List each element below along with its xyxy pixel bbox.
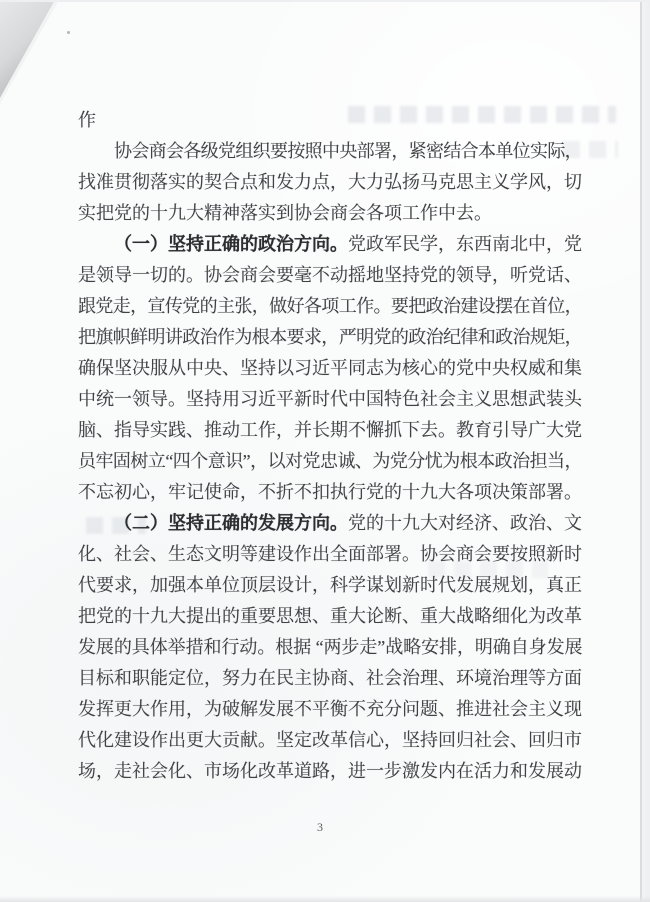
scanned-document-page: 作 协会商会各级党组织要按照中央部署，紧密结合本单位实际， 找准贯彻落实的契合点… — [0, 0, 650, 902]
text-line: 党政军民学，东西南北中，党 — [348, 234, 582, 254]
section-1-heading: （一）坚持正确的政治方向。 — [114, 234, 348, 254]
text-line: 目标和职能定位，努力在民主协商、社会治理、环境治理等方面 — [78, 663, 582, 694]
text-line: 确保坚决服从中央、坚持以习近平同志为核心的党中央权威和集 — [78, 353, 582, 384]
text-line: 把旗帜鲜明讲政治作为根本要求，严明党的政治纪律和政治规矩， — [78, 322, 582, 353]
text-line: 发挥更大作用，为破解发展不平衡不充分问题、推进社会主义现 — [78, 694, 582, 725]
section-2-heading-line: （二）坚持正确的发展方向。党的十九大对经济、政治、文 — [78, 508, 582, 539]
text-line: 作 — [78, 110, 96, 130]
text-line: 实把党的十九大精神落实到协会商会各项工作中去。 — [78, 198, 582, 229]
text-line: 代化建设作出更大贡献。坚定改革信心，坚持回归社会、回归市 — [78, 725, 582, 756]
document-body: 作 协会商会各级党组织要按照中央部署，紧密结合本单位实际， 找准贯彻落实的契合点… — [78, 105, 582, 787]
text-line: 中统一领导。坚持用习近平新时代中国特色社会主义思想武装头 — [78, 384, 582, 415]
text-line: 是领导一切的。协会商会要毫不动摇地坚持党的领导，听党话、 — [78, 260, 582, 291]
text-line: 跟党走，宣传党的主张，做好各项工作。要把政治建设摆在首位， — [78, 291, 582, 322]
scan-speck — [67, 31, 70, 34]
text-line: 代要求，加强本单位顶层设计，科学谋划新时代发展规划，真正 — [78, 570, 582, 601]
text-line: 发展的具体举措和行动。根据 “两步走”战略安排，明确自身发展 — [78, 632, 582, 663]
text-line: 不忘初心，牢记使命，不折不扣执行党的十九大各项决策部署。 — [78, 477, 582, 508]
section-1-heading-line: （一）坚持正确的政治方向。党政军民学，东西南北中，党 — [78, 229, 582, 260]
scan-top-shadow — [0, 0, 650, 2]
scan-bottom-shadow — [0, 896, 650, 902]
text-line: 把党的十九大提出的重要思想、重大论断、重大战略细化为改革 — [78, 601, 582, 632]
text-line: 化、社会、生态文明等建设作出全面部署。协会商会要按照新时 — [78, 539, 582, 570]
text-line: 脑、指导实践、推动工作，并长期不懈抓下去。教育引导广大党 — [78, 415, 582, 446]
text-line: 协会商会各级党组织要按照中央部署，紧密结合本单位实际， — [78, 136, 582, 167]
text-line: 找准贯彻落实的契合点和发力点，大力弘扬马克思主义学风，切 — [78, 167, 582, 198]
text-line: 党的十九大对经济、政治、文 — [348, 513, 582, 533]
continuation-line: 作 — [78, 105, 582, 136]
scan-right-margin — [642, 0, 650, 902]
text-line: 场，走社会化、市场化改革道路，进一步激发内在活力和发展动 — [78, 756, 582, 787]
page-number: 3 — [308, 818, 332, 836]
text-line: 员牢固树立“四个意识”，以对党忠诚、为党分忧为根本政治担当， — [78, 446, 582, 477]
section-2-heading: （二）坚持正确的发展方向。 — [114, 513, 348, 533]
